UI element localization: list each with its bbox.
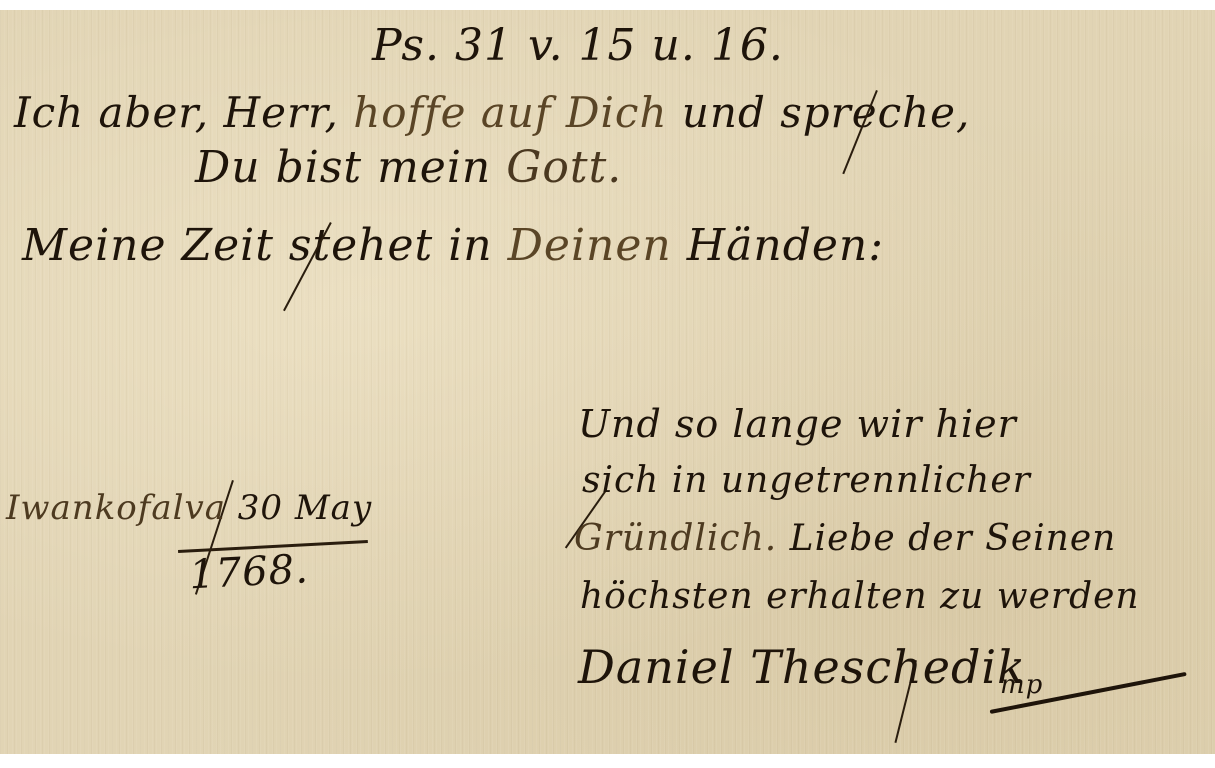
- dedication-line-3: Gründlich. Liebe der Seinen: [574, 518, 1116, 559]
- dateline-place: Iwankofalva 30 May: [6, 488, 372, 528]
- verse-line-1-part-2: hoffe auf Dich: [353, 88, 667, 137]
- verse-line-2: Du bist mein Gott.: [195, 142, 622, 193]
- dateline-year: 1768.: [178, 540, 370, 599]
- place-name: Iwankofalva: [6, 488, 226, 528]
- verse-line-3: Meine Zeit stehet in Deinen Händen:: [22, 220, 884, 271]
- scripture-reference: Ps. 31 v. 15 u. 16.: [372, 20, 784, 71]
- verse-line-1: Ich aber, Herr, hoffe auf Dich und sprec…: [14, 88, 970, 137]
- date-text: 30 May: [238, 488, 372, 528]
- dedication-line-2: sich in ungetrennlicher: [582, 460, 1031, 501]
- verse-line-1-part-1: Ich aber, Herr,: [14, 88, 339, 137]
- signature: Daniel Theschedik: [578, 640, 1026, 694]
- dedication-line-3-part-2: Liebe der Seinen: [790, 518, 1117, 559]
- verse-line-3-part-3: Händen:: [687, 220, 884, 271]
- verse-line-2-part-1: Du bist mein: [195, 142, 491, 193]
- manuscript-page: Ps. 31 v. 15 u. 16. Ich aber, Herr, hoff…: [0, 10, 1215, 754]
- signature-paraph: mp: [1000, 670, 1043, 704]
- verse-line-3-part-1: Meine Zeit stehet in: [22, 220, 493, 271]
- verse-line-1-part-3: und spreche,: [682, 88, 971, 137]
- dedication-line-3-part-1: Gründlich.: [574, 518, 777, 559]
- verse-line-3-part-2: Deinen: [508, 220, 672, 271]
- verse-line-2-part-2: Gott.: [506, 142, 622, 193]
- dedication-line-4: höchsten erhalten zu werden: [580, 576, 1140, 617]
- dedication-line-1: Und so lange wir hier: [578, 402, 1017, 446]
